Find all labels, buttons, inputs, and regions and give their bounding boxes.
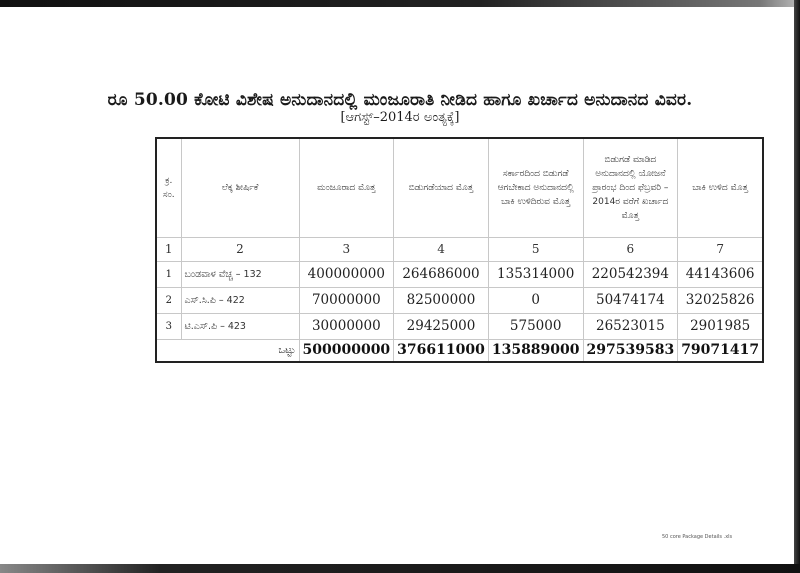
column-number: 5 [488,237,583,261]
header-sanctioned: ಮಂಜೂರಾದ ಮೊತ್ತ [299,138,394,237]
header-row: ಕ್ರ. ಸಂ. ಲೆಕ್ಕ ಶೀರ್ಷಿಕೆ ಮಂಜೂರಾದ ಮೊತ್ತ ಬಿ… [156,138,763,237]
total-label: ಒಟ್ಟು [156,339,299,362]
sanctioned-cell: 400000000 [299,261,394,287]
total-spent: 297539583 [583,339,678,362]
total-pending: 135889000 [488,339,583,362]
account-head-cell: ಟಿ.ಎಸ್.ಪಿ – 423 [181,313,299,339]
account-head-cell: ಎಸ್.ಸಿ.ಪಿ – 422 [181,287,299,313]
pending-cell: 0 [488,287,583,313]
grant-details-table: ಕ್ರ. ಸಂ. ಲೆಕ್ಕ ಶೀರ್ಷಿಕೆ ಮಂಜೂರಾದ ಮೊತ್ತ ಬಿ… [155,137,764,363]
column-number: 2 [181,237,299,261]
spent-cell: 50474174 [583,287,678,313]
total-row: ಒಟ್ಟು 500000000 376611000 135889000 2975… [156,339,763,362]
pending-cell: 575000 [488,313,583,339]
scan-edge-right [794,0,800,573]
spent-cell: 220542394 [583,261,678,287]
header-account-head: ಲೆಕ್ಕ ಶೀರ್ಷಿಕೆ [181,138,299,237]
sanctioned-cell: 70000000 [299,287,394,313]
spent-cell: 26523015 [583,313,678,339]
scan-edge-bottom [0,564,800,573]
column-number: 3 [299,237,394,261]
balance-cell: 2901985 [678,313,763,339]
account-head-cell: ಬಂಡವಾಳ ವೆಚ್ಚ – 132 [181,261,299,287]
sl-no-cell: 3 [156,313,181,339]
balance-cell: 44143606 [678,261,763,287]
header-balance: ಬಾಕಿ ಉಳಿದ ಮೊತ್ತ [678,138,763,237]
sanctioned-cell: 30000000 [299,313,394,339]
total-balance: 79071417 [678,339,763,362]
document-subtitle: [ಆಗಸ್ಟ್–2014ರ ಅಂತ್ಯಕ್ಕೆ] [0,110,800,125]
sl-no-cell: 2 [156,287,181,313]
document-title: ರೂ 50.00 ಕೋಟಿ ವಿಶೇಷ ಅನುದಾನದಲ್ಲಿ ಮಂಜೂರಾತಿ… [0,90,800,110]
table-row: 3 ಟಿ.ಎಸ್.ಪಿ – 423 30000000 29425000 5750… [156,313,763,339]
pending-cell: 135314000 [488,261,583,287]
scan-edge-top [0,0,800,7]
balance-cell: 32025826 [678,287,763,313]
column-number: 4 [394,237,489,261]
total-released: 376611000 [394,339,489,362]
sl-no-cell: 1 [156,261,181,287]
column-number-row: 1 2 3 4 5 6 7 [156,237,763,261]
column-number: 1 [156,237,181,261]
header-pending: ಸರ್ಕಾರದಿಂದ ಬಿಡುಗಡೆ ಆಗಬೇಕಾದ ಅನುದಾನದಲ್ಲಿ ಬ… [488,138,583,237]
released-cell: 29425000 [394,313,489,339]
column-number: 7 [678,237,763,261]
header-spent: ಬಿಡುಗಡೆ ಮಾಡಿದ ಅನುದಾನದಲ್ಲಿ ಯೋಜನೆ ಪ್ರಾರಂಭ … [583,138,678,237]
released-cell: 82500000 [394,287,489,313]
table-row: 1 ಬಂಡವಾಳ ವೆಚ್ಚ – 132 400000000 264686000… [156,261,763,287]
released-cell: 264686000 [394,261,489,287]
total-sanctioned: 500000000 [299,339,394,362]
column-number: 6 [583,237,678,261]
header-sl-no: ಕ್ರ. ಸಂ. [156,138,181,237]
table-row: 2 ಎಸ್.ಸಿ.ಪಿ – 422 70000000 82500000 0 50… [156,287,763,313]
file-name-footer: 50 core Package Details .xls [662,534,732,540]
header-released: ಬಿಡುಗಡೆಯಾದ ಮೊತ್ತ [394,138,489,237]
